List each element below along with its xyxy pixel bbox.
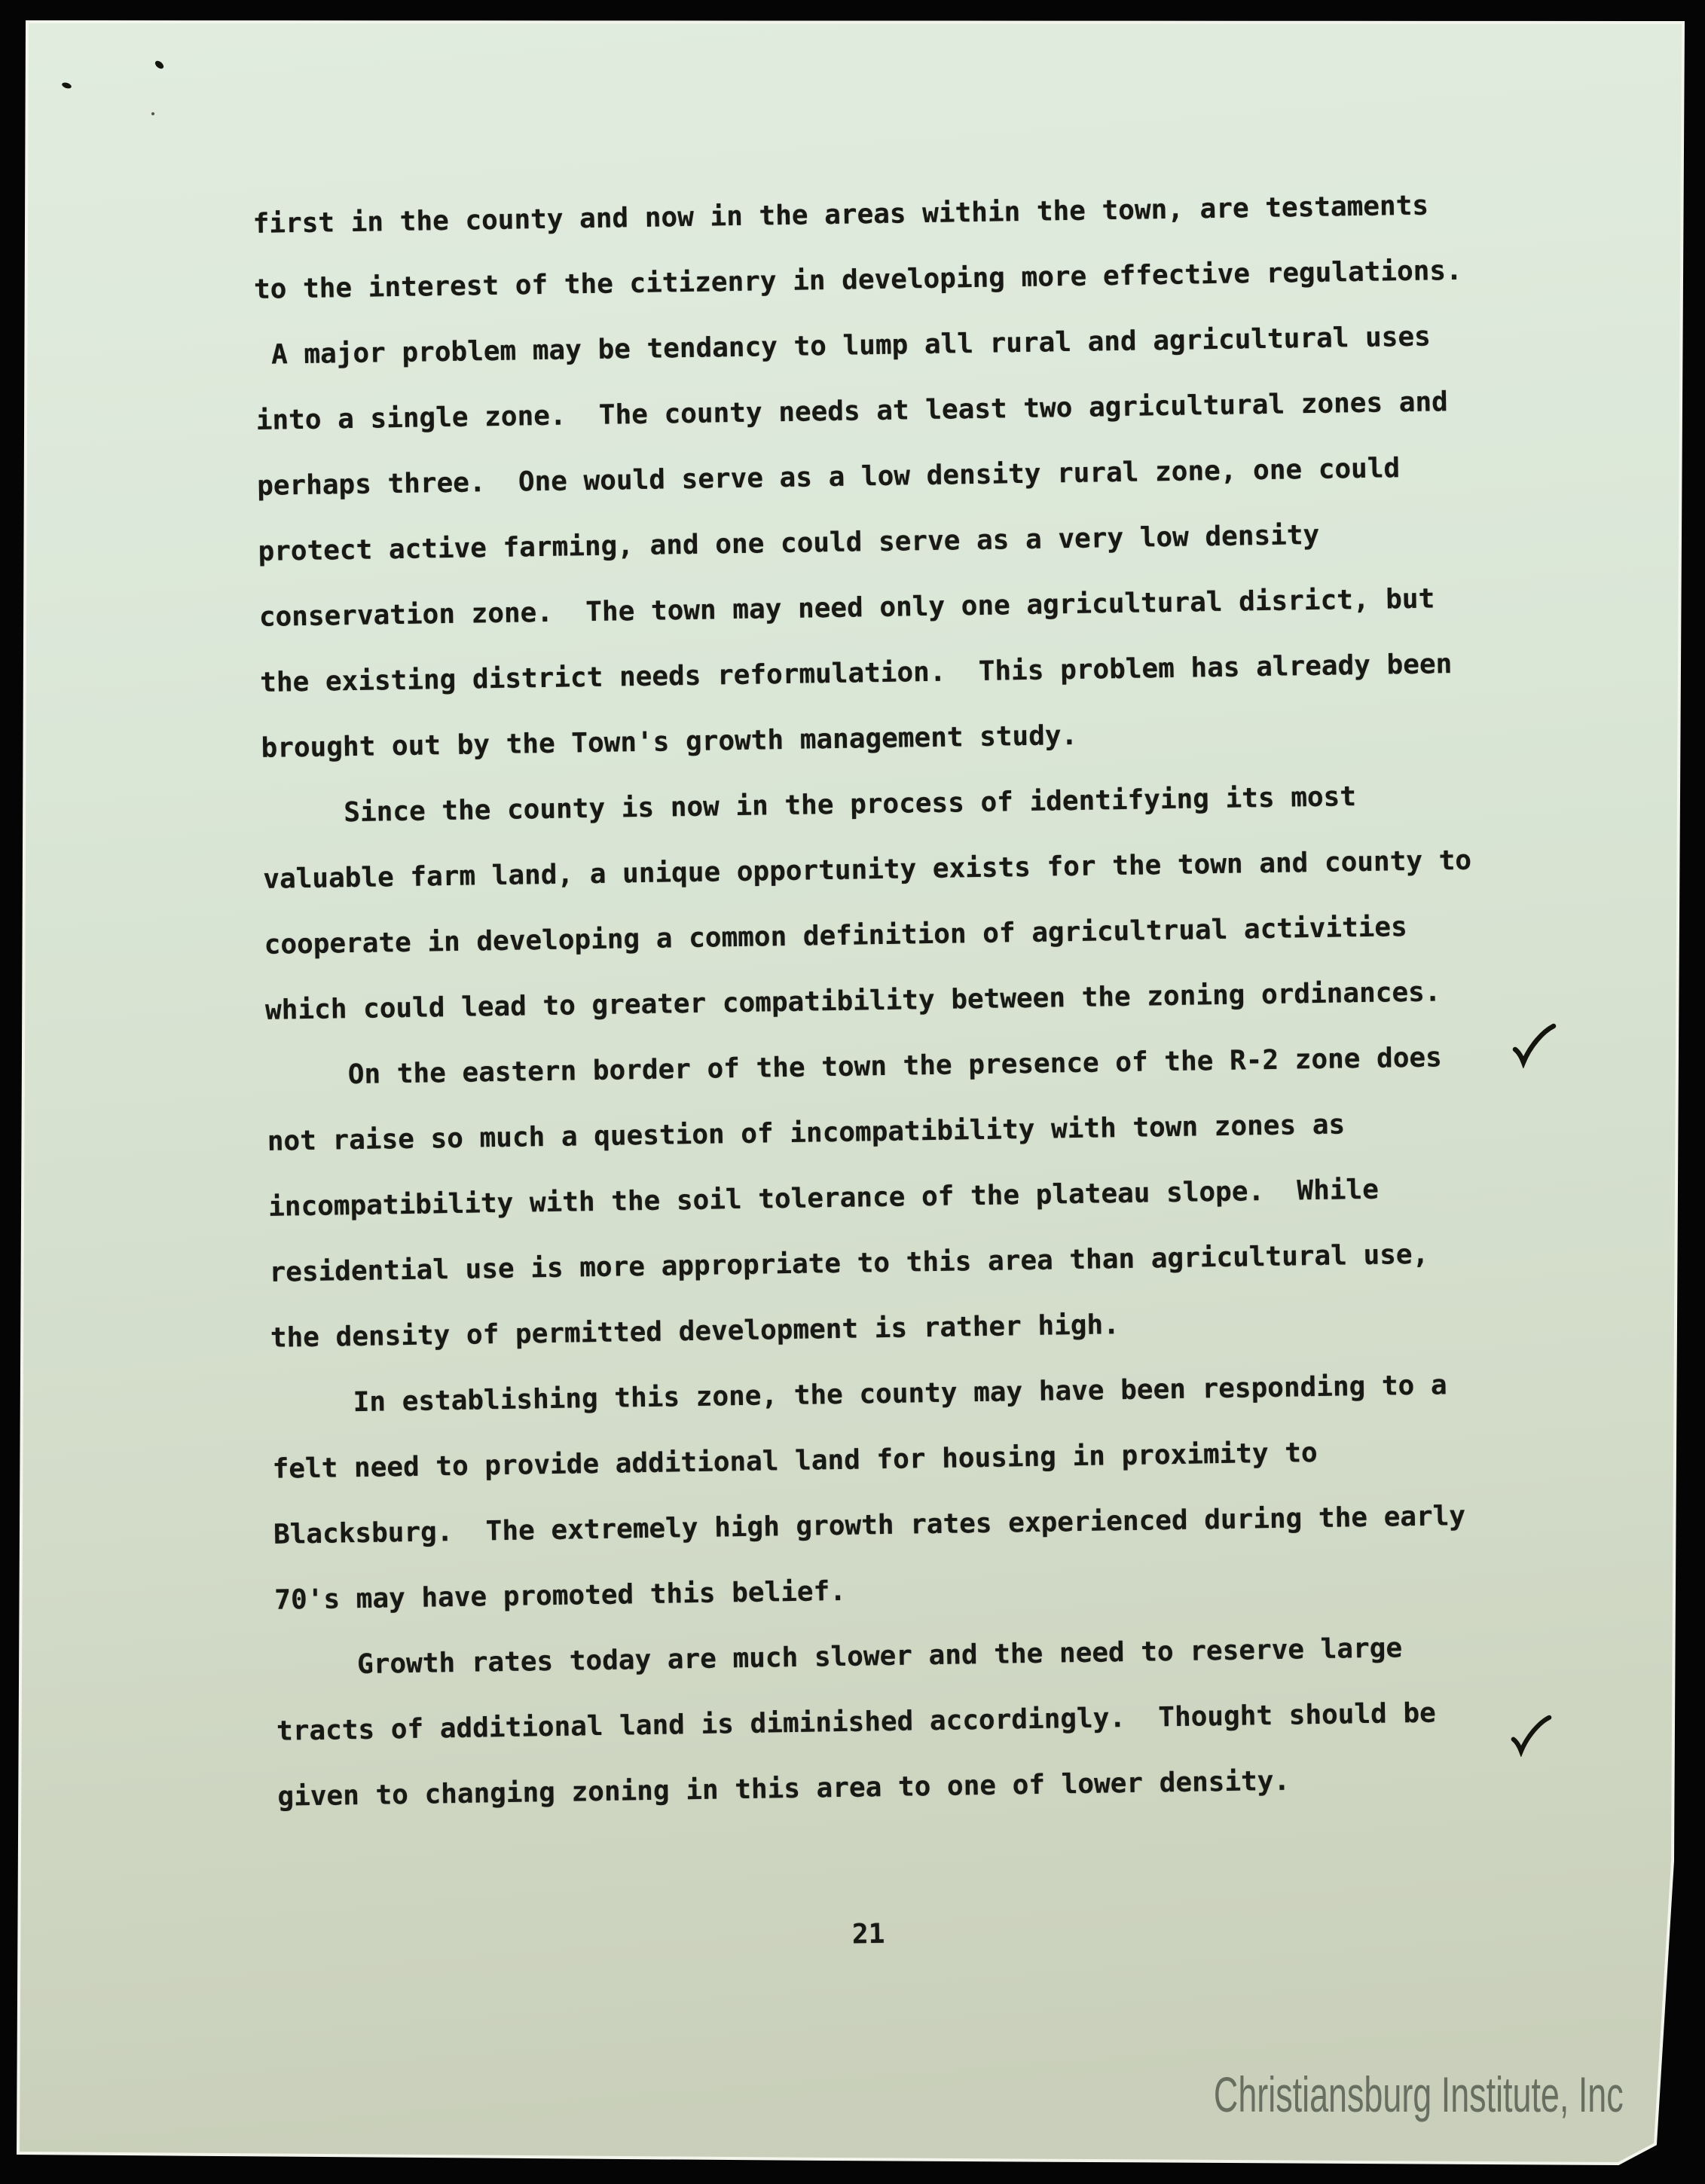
ink-speck — [154, 60, 165, 70]
watermark-text: Christiansburg Institute, Inc — [1214, 2066, 1624, 2123]
page-content: first in the county and now in the areas… — [0, 0, 1705, 2184]
ink-speck — [61, 81, 72, 90]
checkmark-icon — [1510, 1715, 1552, 1757]
page-number: 21 — [852, 1919, 885, 1950]
checkmark-icon — [1511, 1023, 1557, 1068]
ink-speck — [151, 112, 154, 115]
typewritten-text-block: first in the county and now in the areas… — [252, 173, 1487, 1830]
scanned-document-page: first in the county and now in the areas… — [0, 0, 1705, 2184]
